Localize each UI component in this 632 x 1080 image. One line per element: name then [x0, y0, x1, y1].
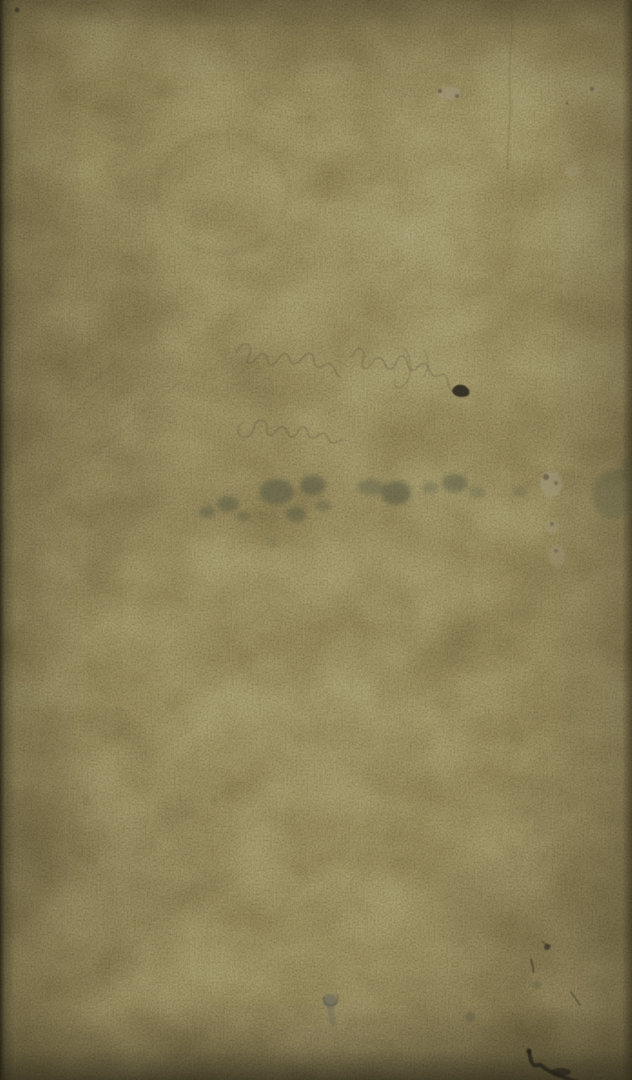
wear-mark: [451, 612, 455, 688]
wear-mark: [120, 376, 178, 420]
wear-marks-layer: [0, 0, 632, 1080]
wear-mark: [564, 165, 580, 177]
wear-mark: [260, 479, 294, 505]
wear-mark: [531, 959, 533, 972]
wear-mark: [529, 1052, 581, 1080]
wear-mark: [442, 474, 468, 492]
wear-mark: [352, 349, 452, 390]
wear-mark: [100, 3, 119, 18]
wear-mark: [236, 511, 250, 521]
book-cover-board: [0, 0, 632, 1080]
wear-mark: [81, 796, 91, 806]
wear-mark: [452, 385, 469, 397]
wear-mark: [543, 474, 549, 480]
wear-mark: [540, 471, 562, 497]
wear-mark: [590, 87, 594, 91]
wear-mark: [58, 370, 128, 432]
wear-mark: [381, 481, 411, 505]
wear-mark: [54, 362, 116, 414]
wear-mark: [92, 382, 180, 456]
wear-mark: [422, 482, 438, 494]
wear-mark: [165, 142, 279, 244]
wear-mark: [550, 522, 554, 526]
marks-group: [15, 3, 632, 1080]
wear-mark: [315, 500, 331, 512]
wear-mark: [527, 1049, 532, 1054]
wear-mark: [286, 506, 306, 522]
wear-mark: [327, 1006, 336, 1024]
wear-mark: [455, 94, 459, 98]
wear-mark: [469, 486, 485, 498]
wear-mark: [266, 538, 280, 548]
wear-mark: [533, 981, 541, 989]
wear-mark: [549, 545, 565, 567]
wear-mark: [508, 8, 512, 170]
wear-mark: [15, 8, 20, 13]
wear-mark: [330, 1021, 336, 1027]
wear-mark: [438, 89, 442, 93]
wear-mark: [238, 420, 343, 443]
wear-mark: [554, 549, 558, 553]
wear-mark: [300, 475, 326, 495]
wear-mark: [551, 1068, 571, 1076]
wear-mark: [210, 796, 218, 804]
wear-mark: [236, 344, 340, 377]
wear-mark: [554, 481, 558, 485]
wear-mark: [571, 992, 580, 1005]
wear-mark: [465, 1012, 475, 1022]
wear-mark: [217, 496, 239, 512]
wear-mark: [199, 506, 215, 518]
wear-mark: [513, 487, 527, 497]
wear-mark: [370, 455, 374, 483]
wear-mark: [566, 102, 569, 105]
wear-mark: [156, 133, 288, 253]
wear-mark: [252, 97, 316, 118]
